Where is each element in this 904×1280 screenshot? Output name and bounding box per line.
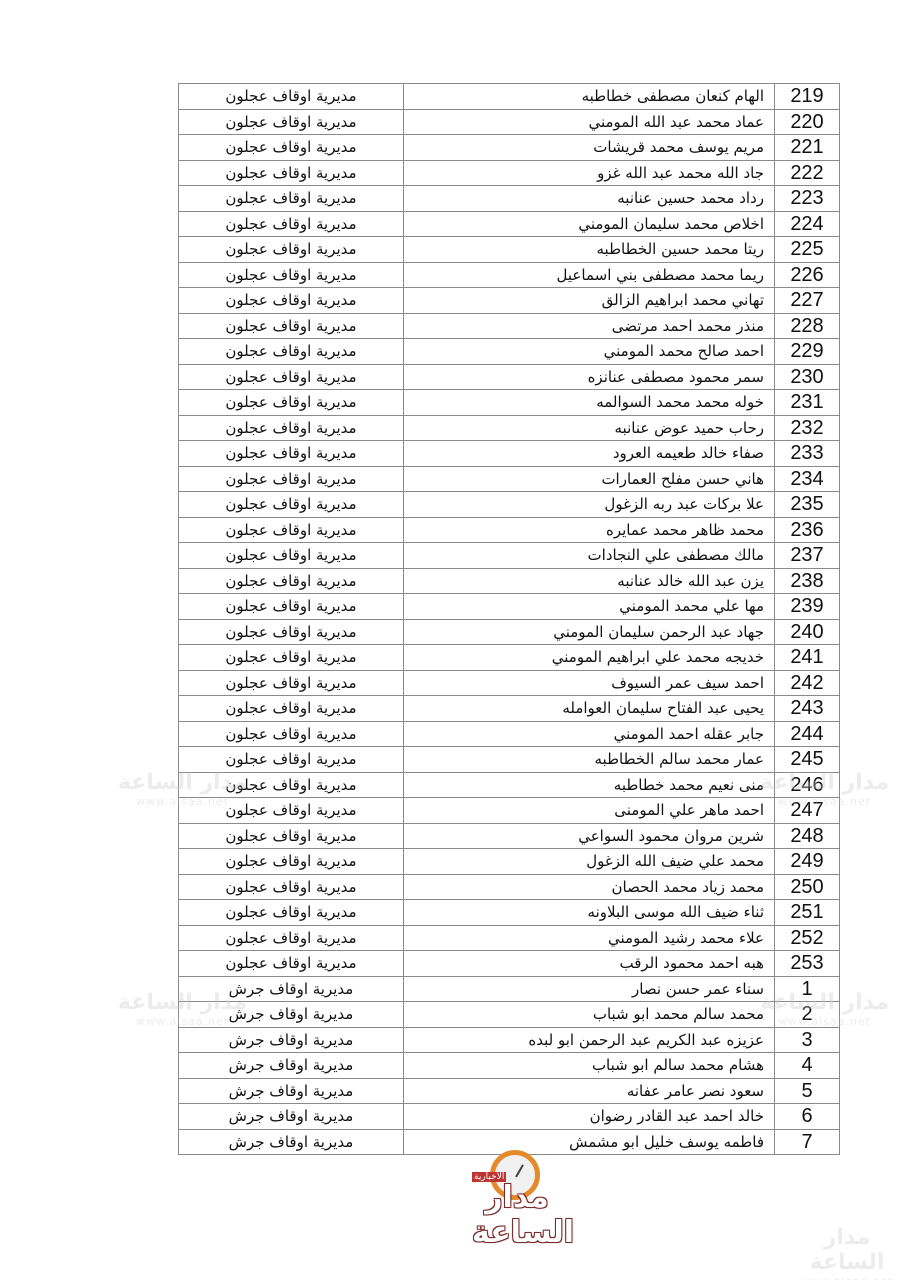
row-number: 5 — [775, 1078, 840, 1104]
table-row: 226ريما محمد مصطفى بني اسماعيلمديرية اوق… — [179, 262, 840, 288]
table-row: 223رداد محمد حسين عنانبهمديرية اوقاف عجل… — [179, 186, 840, 212]
person-name: هبه احمد محمود الرقب — [404, 951, 775, 977]
person-name: الهام كنعان مصطفى خطاطبه — [404, 84, 775, 110]
person-name: علاء محمد رشيد المومني — [404, 925, 775, 951]
person-name: خالد احمد عبد القادر رضوان — [404, 1104, 775, 1130]
directorate-name: مديرية اوقاف عجلون — [179, 109, 404, 135]
row-number: 247 — [775, 798, 840, 824]
table-row: 244جابر عقله احمد المومنيمديرية اوقاف عج… — [179, 721, 840, 747]
person-name: ثناء ضيف الله موسى البلاونه — [404, 900, 775, 926]
directorate-name: مديرية اوقاف عجلون — [179, 288, 404, 314]
person-name: اخلاص محمد سليمان المومني — [404, 211, 775, 237]
row-number: 253 — [775, 951, 840, 977]
person-name: شرين مروان محمود السواعي — [404, 823, 775, 849]
row-number: 248 — [775, 823, 840, 849]
person-name: محمد علي ضيف الله الزغول — [404, 849, 775, 875]
person-name: عزيزه عبد الكريم عبد الرحمن ابو لبده — [404, 1027, 775, 1053]
row-number: 238 — [775, 568, 840, 594]
directorate-name: مديرية اوقاف جرش — [179, 976, 404, 1002]
row-number: 229 — [775, 339, 840, 365]
row-number: 244 — [775, 721, 840, 747]
person-name: سعود نصر عامر عفانه — [404, 1078, 775, 1104]
person-name: مريم يوسف محمد قريشات — [404, 135, 775, 161]
table-row: 228منذر محمد احمد مرتضىمديرية اوقاف عجلو… — [179, 313, 840, 339]
directorate-name: مديرية اوقاف جرش — [179, 1053, 404, 1079]
directorate-name: مديرية اوقاف عجلون — [179, 313, 404, 339]
table-row: 240جهاد عبد الرحمن سليمان المومنيمديرية … — [179, 619, 840, 645]
table-row: 3عزيزه عبد الكريم عبد الرحمن ابو لبدهمدي… — [179, 1027, 840, 1053]
person-name: عمار محمد سالم الخطاطبه — [404, 747, 775, 773]
directorate-name: مديرية اوقاف جرش — [179, 1078, 404, 1104]
person-name: محمد زياد محمد الحصان — [404, 874, 775, 900]
directorate-name: مديرية اوقاف عجلون — [179, 798, 404, 824]
directorate-name: مديرية اوقاف عجلون — [179, 186, 404, 212]
table-row: 227تهاني محمد ابراهيم الزالقمديرية اوقاف… — [179, 288, 840, 314]
directorate-name: مديرية اوقاف عجلون — [179, 772, 404, 798]
table-row: 243يحيى عبد الفتاح سليمان العواملهمديرية… — [179, 696, 840, 722]
person-name: عماد محمد عبد الله المومني — [404, 109, 775, 135]
directorate-name: مديرية اوقاف عجلون — [179, 849, 404, 875]
table-row: 5سعود نصر عامر عفانهمديرية اوقاف جرش — [179, 1078, 840, 1104]
row-number: 220 — [775, 109, 840, 135]
row-number: 225 — [775, 237, 840, 263]
table-row: 2محمد سالم محمد ابو شبابمديرية اوقاف جرش — [179, 1002, 840, 1028]
person-name: احمد صالح محمد المومني — [404, 339, 775, 365]
row-number: 4 — [775, 1053, 840, 1079]
logo-brand-text: مدار الساعة — [472, 1180, 562, 1250]
row-number: 251 — [775, 900, 840, 926]
directorate-name: مديرية اوقاف عجلون — [179, 517, 404, 543]
table-row: 253هبه احمد محمود الرقبمديرية اوقاف عجلو… — [179, 951, 840, 977]
table-row: 242احمد سيف عمر السيوفمديرية اوقاف عجلون — [179, 670, 840, 696]
person-name: تهاني محمد ابراهيم الزالق — [404, 288, 775, 314]
row-number: 226 — [775, 262, 840, 288]
row-number: 1 — [775, 976, 840, 1002]
row-number: 6 — [775, 1104, 840, 1130]
row-number: 249 — [775, 849, 840, 875]
row-number: 234 — [775, 466, 840, 492]
directorate-name: مديرية اوقاف عجلون — [179, 874, 404, 900]
person-name: هشام محمد سالم ابو شباب — [404, 1053, 775, 1079]
person-name: مالك مصطفى علي النجادات — [404, 543, 775, 569]
row-number: 235 — [775, 492, 840, 518]
directorate-name: مديرية اوقاف عجلون — [179, 492, 404, 518]
row-number: 227 — [775, 288, 840, 314]
person-name: مها علي محمد المومني — [404, 594, 775, 620]
person-name: جهاد عبد الرحمن سليمان المومني — [404, 619, 775, 645]
row-number: 232 — [775, 415, 840, 441]
table-row: 230سمر محمود مصطفى عنانزهمديرية اوقاف عج… — [179, 364, 840, 390]
person-name: خوله محمد محمد السوالمه — [404, 390, 775, 416]
person-name: يحيى عبد الفتاح سليمان العوامله — [404, 696, 775, 722]
row-number: 239 — [775, 594, 840, 620]
directorate-name: مديرية اوقاف عجلون — [179, 670, 404, 696]
person-name: خديجه محمد علي ابراهيم المومني — [404, 645, 775, 671]
person-name: منذر محمد احمد مرتضى — [404, 313, 775, 339]
person-name: احمد ماهر علي المومنى — [404, 798, 775, 824]
directorate-name: مديرية اوقاف عجلون — [179, 441, 404, 467]
directorate-name: مديرية اوقاف عجلون — [179, 619, 404, 645]
row-number: 222 — [775, 160, 840, 186]
table-row: 246منى نعيم محمد خطاطبهمديرية اوقاف عجلو… — [179, 772, 840, 798]
table-row: 222جاد الله محمد عبد الله غزومديرية اوقا… — [179, 160, 840, 186]
directorate-name: مديرية اوقاف عجلون — [179, 951, 404, 977]
directorate-name: مديرية اوقاف جرش — [179, 1129, 404, 1155]
directorate-name: مديرية اوقاف عجلون — [179, 262, 404, 288]
person-name: رداد محمد حسين عنانبه — [404, 186, 775, 212]
names-table: 219الهام كنعان مصطفى خطاطبهمديرية اوقاف … — [178, 83, 840, 1155]
directorate-name: مديرية اوقاف عجلون — [179, 543, 404, 569]
directorate-name: مديرية اوقاف عجلون — [179, 645, 404, 671]
person-name: رحاب حميد عوض عنانبه — [404, 415, 775, 441]
table-row: 241خديجه محمد علي ابراهيم المومنيمديرية … — [179, 645, 840, 671]
row-number: 230 — [775, 364, 840, 390]
table-row: 233صفاء خالد طعيمه العرودمديرية اوقاف عج… — [179, 441, 840, 467]
table-row: 220عماد محمد عبد الله المومنيمديرية اوقا… — [179, 109, 840, 135]
directorate-name: مديرية اوقاف جرش — [179, 1002, 404, 1028]
row-number: 223 — [775, 186, 840, 212]
brand-logo: الاخبارية مدار الساعة — [472, 1150, 562, 1230]
directorate-name: مديرية اوقاف عجلون — [179, 415, 404, 441]
row-number: 246 — [775, 772, 840, 798]
table-row: 251ثناء ضيف الله موسى البلاونهمديرية اوق… — [179, 900, 840, 926]
person-name: محمد سالم محمد ابو شباب — [404, 1002, 775, 1028]
person-name: ريتا محمد حسين الخطاطبه — [404, 237, 775, 263]
directorate-name: مديرية اوقاف عجلون — [179, 747, 404, 773]
directorate-name: مديرية اوقاف عجلون — [179, 135, 404, 161]
person-name: فاطمه يوسف خليل ابو مشمش — [404, 1129, 775, 1155]
person-name: محمد ظاهر محمد عمايره — [404, 517, 775, 543]
directorate-name: مديرية اوقاف جرش — [179, 1027, 404, 1053]
directorate-name: مديرية اوقاف عجلون — [179, 237, 404, 263]
table-row: 250محمد زياد محمد الحصانمديرية اوقاف عجل… — [179, 874, 840, 900]
table-row: 224اخلاص محمد سليمان المومنيمديرية اوقاف… — [179, 211, 840, 237]
directorate-name: مديرية اوقاف عجلون — [179, 721, 404, 747]
directorate-name: مديرية اوقاف عجلون — [179, 160, 404, 186]
row-number: 7 — [775, 1129, 840, 1155]
table-row: 247احمد ماهر علي المومنىمديرية اوقاف عجل… — [179, 798, 840, 824]
table-row: 225ريتا محمد حسين الخطاطبهمديرية اوقاف ع… — [179, 237, 840, 263]
directorate-name: مديرية اوقاف عجلون — [179, 364, 404, 390]
table-row: 238يزن عبد الله خالد عنانبهمديرية اوقاف … — [179, 568, 840, 594]
table-row: 232رحاب حميد عوض عنانبهمديرية اوقاف عجلو… — [179, 415, 840, 441]
directorate-name: مديرية اوقاف عجلون — [179, 84, 404, 110]
table-row: 4هشام محمد سالم ابو شبابمديرية اوقاف جرش — [179, 1053, 840, 1079]
table-row: 236محمد ظاهر محمد عمايرهمديرية اوقاف عجل… — [179, 517, 840, 543]
directorate-name: مديرية اوقاف عجلون — [179, 211, 404, 237]
directorate-name: مديرية اوقاف عجلون — [179, 696, 404, 722]
directorate-name: مديرية اوقاف عجلون — [179, 900, 404, 926]
table-row: 221مريم يوسف محمد قريشاتمديرية اوقاف عجل… — [179, 135, 840, 161]
row-number: 250 — [775, 874, 840, 900]
directorate-name: مديرية اوقاف جرش — [179, 1104, 404, 1130]
directorate-name: مديرية اوقاف عجلون — [179, 594, 404, 620]
person-name: سمر محمود مصطفى عنانزه — [404, 364, 775, 390]
row-number: 245 — [775, 747, 840, 773]
table-row: 1سناء عمر حسن نصارمديرية اوقاف جرش — [179, 976, 840, 1002]
table-row: 237مالك مصطفى علي النجاداتمديرية اوقاف ع… — [179, 543, 840, 569]
table-row: 235علا بركات عبد ربه الزغولمديرية اوقاف … — [179, 492, 840, 518]
person-name: ريما محمد مصطفى بني اسماعيل — [404, 262, 775, 288]
person-name: يزن عبد الله خالد عنانبه — [404, 568, 775, 594]
table-row: 248شرين مروان محمود السواعيمديرية اوقاف … — [179, 823, 840, 849]
directorate-name: مديرية اوقاف عجلون — [179, 568, 404, 594]
person-name: سناء عمر حسن نصار — [404, 976, 775, 1002]
table-row: 249محمد علي ضيف الله الزغولمديرية اوقاف … — [179, 849, 840, 875]
table-row: 229احمد صالح محمد المومنيمديرية اوقاف عج… — [179, 339, 840, 365]
person-name: منى نعيم محمد خطاطبه — [404, 772, 775, 798]
table-row: 234هاني حسن مفلح العماراتمديرية اوقاف عج… — [179, 466, 840, 492]
row-number: 243 — [775, 696, 840, 722]
directorate-name: مديرية اوقاف عجلون — [179, 925, 404, 951]
table-row: 219الهام كنعان مصطفى خطاطبهمديرية اوقاف … — [179, 84, 840, 110]
table-row: 252علاء محمد رشيد المومنيمديرية اوقاف عج… — [179, 925, 840, 951]
row-number: 242 — [775, 670, 840, 696]
table-row: 6خالد احمد عبد القادر رضوانمديرية اوقاف … — [179, 1104, 840, 1130]
directorate-name: مديرية اوقاف عجلون — [179, 823, 404, 849]
person-name: علا بركات عبد ربه الزغول — [404, 492, 775, 518]
table-row: 231خوله محمد محمد السوالمهمديرية اوقاف ع… — [179, 390, 840, 416]
directorate-name: مديرية اوقاف عجلون — [179, 466, 404, 492]
person-name: احمد سيف عمر السيوف — [404, 670, 775, 696]
row-number: 240 — [775, 619, 840, 645]
table-row: 245عمار محمد سالم الخطاطبهمديرية اوقاف ع… — [179, 747, 840, 773]
person-name: جاد الله محمد عبد الله غزو — [404, 160, 775, 186]
table-row: 239مها علي محمد المومنيمديرية اوقاف عجلو… — [179, 594, 840, 620]
row-number: 237 — [775, 543, 840, 569]
row-number: 252 — [775, 925, 840, 951]
person-name: هاني حسن مفلح العمارات — [404, 466, 775, 492]
row-number: 231 — [775, 390, 840, 416]
row-number: 236 — [775, 517, 840, 543]
row-number: 241 — [775, 645, 840, 671]
watermark-bottom-right: مدار الساعة www.alsaa.net — [790, 1225, 904, 1280]
row-number: 228 — [775, 313, 840, 339]
row-number: 219 — [775, 84, 840, 110]
table-body: 219الهام كنعان مصطفى خطاطبهمديرية اوقاف … — [179, 84, 840, 1155]
row-number: 3 — [775, 1027, 840, 1053]
person-name: جابر عقله احمد المومني — [404, 721, 775, 747]
row-number: 224 — [775, 211, 840, 237]
person-name: صفاء خالد طعيمه العرود — [404, 441, 775, 467]
row-number: 2 — [775, 1002, 840, 1028]
directorate-name: مديرية اوقاف عجلون — [179, 390, 404, 416]
directorate-name: مديرية اوقاف عجلون — [179, 339, 404, 365]
row-number: 221 — [775, 135, 840, 161]
row-number: 233 — [775, 441, 840, 467]
